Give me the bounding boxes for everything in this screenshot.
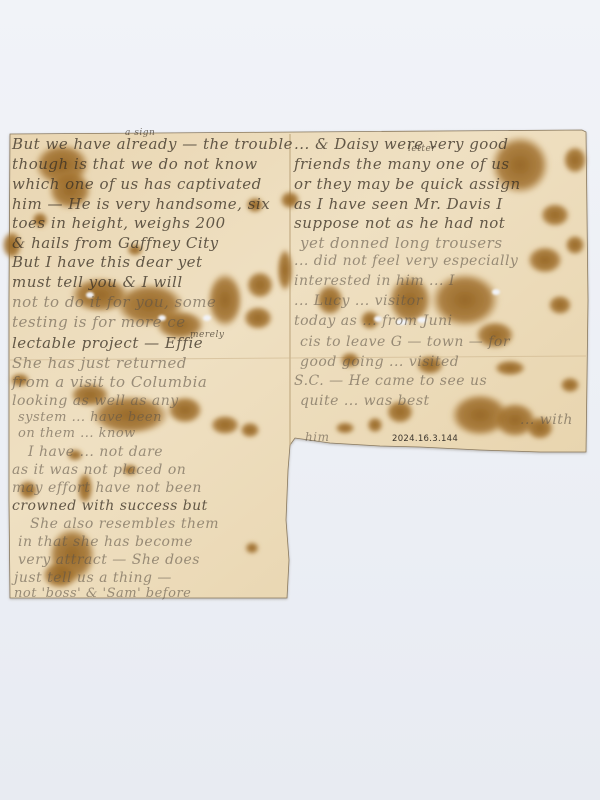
- handwritten-line: as it was not placed on: [12, 462, 186, 478]
- handwritten-line: must tell you & I will: [12, 273, 183, 291]
- handwritten-line: interested in him ... I: [294, 273, 455, 289]
- photo-scene: a sign But we have already — the trouble…: [0, 0, 600, 800]
- handwritten-line: may effort have not been: [12, 480, 202, 496]
- handwritten-line: very attract — She does: [18, 552, 200, 568]
- handwritten-line: not to do it for you, some: [12, 293, 216, 311]
- handwritten-line: or they may be quick assign: [294, 175, 521, 193]
- handwritten-line: him: [305, 430, 329, 444]
- handwritten-line: as I have seen Mr. Davis I: [294, 195, 503, 213]
- handwritten-line: ... did not feel very especially: [294, 253, 518, 269]
- handwritten-line: though is that we do not know: [12, 155, 258, 173]
- handwritten-line: But I have this dear yet: [12, 253, 203, 271]
- handwritten-line: toes in height, weighs 200: [12, 214, 226, 232]
- handwritten-line: I have ... not dare: [28, 444, 163, 460]
- handwritten-line: from a visit to Columbia: [12, 373, 207, 391]
- handwritten-line: She also resembles them: [30, 516, 219, 532]
- handwritten-line: not 'boss' & 'Sam' before: [14, 586, 191, 601]
- handwritten-line: But we have already — the trouble: [12, 135, 293, 153]
- handwritten-line: which one of us has captivated: [12, 175, 262, 193]
- handwritten-line: friends the many one of us: [294, 155, 510, 173]
- handwritten-line: ... & Daisy were very good: [294, 135, 508, 153]
- handwritten-line: yet donned long trousers: [300, 234, 503, 252]
- handwritten-line: testing is for more ce: [12, 313, 186, 331]
- handwritten-line: lectable project — Effie: [12, 334, 203, 352]
- handwritten-line: looking as well as any: [12, 393, 179, 409]
- handwritten-line: on them ... know: [18, 426, 136, 441]
- handwritten-line: him — He is very handsome, six: [12, 195, 270, 213]
- handwritten-line: just tell us a thing —: [14, 570, 172, 586]
- handwritten-line: She has just returned: [12, 354, 187, 372]
- handwritten-line: ... Lucy ... visitor: [294, 293, 423, 309]
- catalog-number-label: 2024.16.3.144: [392, 434, 458, 444]
- handwritten-line: today as ... from Juni: [294, 313, 453, 329]
- letter-fragment: a sign But we have already — the trouble…: [0, 0, 600, 800]
- handwritten-line: suppose not as he had not: [294, 214, 505, 232]
- handwritten-line: crowned with success but: [12, 498, 208, 514]
- handwritten-line: cis to leave G — town — for: [300, 334, 510, 350]
- handwritten-line: & hails from Gaffney City: [12, 234, 219, 252]
- handwritten-line: in that she has become: [18, 534, 193, 550]
- handwritten-line: S.C. — He came to see us: [294, 373, 487, 389]
- handwritten-line: ... with: [520, 412, 573, 428]
- handwritten-line: system ... have been: [18, 410, 162, 425]
- handwritten-line: good going ... visited: [300, 354, 459, 370]
- handwritten-line: quite ... was best: [300, 393, 430, 409]
